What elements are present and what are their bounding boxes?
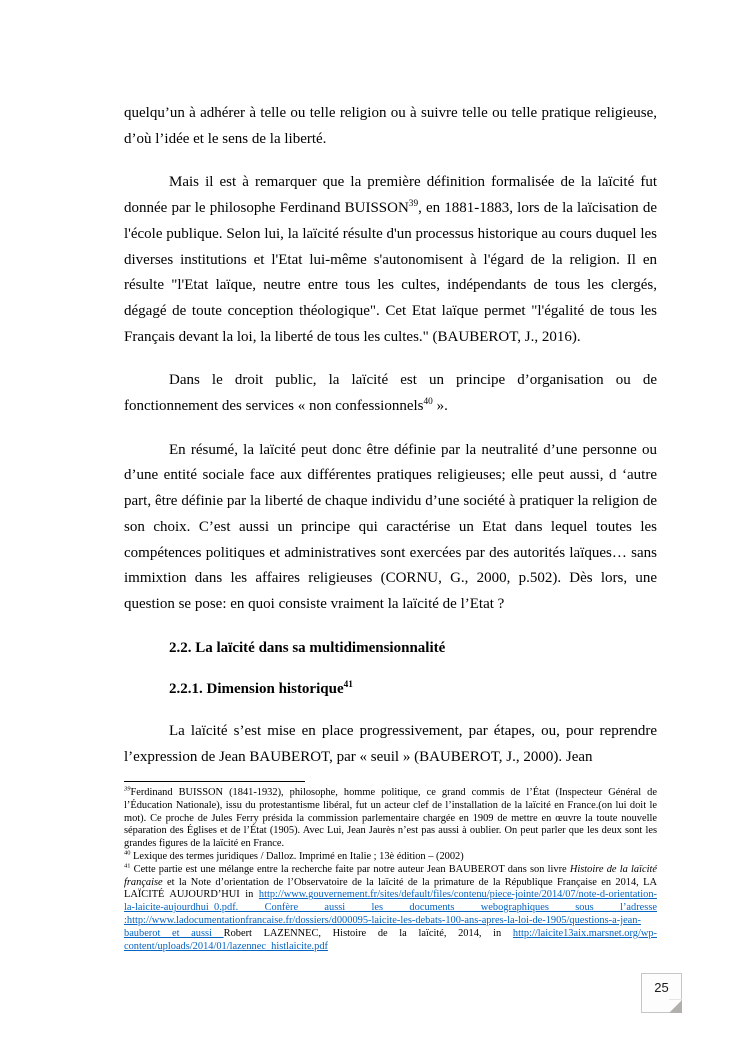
page-corner-fold-icon: [669, 1000, 682, 1013]
text-run: 2.2. La laïcité dans sa multidimensionna…: [169, 640, 445, 656]
footnote-area: 39Ferdinand BUISSON (1841-1932), philoso…: [124, 781, 657, 953]
footnote-40: 40 Lexique des termes juridiques / Dallo…: [124, 851, 657, 864]
paragraph-laicite-progressive: La laïcité s’est mise en place progressi…: [124, 719, 657, 770]
text-run: Lexique des termes juridiques / Dalloz. …: [130, 851, 463, 862]
body-text-column: quelqu’un à adhérer à telle ou telle rel…: [124, 101, 657, 788]
document-page: quelqu’un à adhérer à telle ou telle rel…: [0, 0, 745, 1053]
text-run: Robert LAZENNEC, Histoire de la laïcité,…: [224, 928, 513, 939]
footnote-41: 41 Cette partie est une mélange entre la…: [124, 864, 657, 954]
text-run: Cette partie est une mélange entre la re…: [130, 864, 569, 875]
text-run: quelqu’un à adhérer à telle ou telle rel…: [124, 105, 657, 147]
footnote-separator-rule: [124, 781, 305, 782]
text-run: 2.2.1. Dimension historique: [169, 681, 344, 697]
footnote-reference-marker: 39: [409, 199, 418, 209]
paragraph-continuation: quelqu’un à adhérer à telle ou telle rel…: [124, 101, 657, 152]
text-run: En résumé, la laïcité peut donc être déf…: [124, 442, 657, 612]
page-number-box: 25: [641, 973, 682, 1013]
text-run: Dans le droit public, la laïcité est un …: [124, 372, 657, 414]
footnote-reference-marker: 41: [344, 680, 353, 690]
heading-2-2: 2.2. La laïcité dans sa multidimensionna…: [124, 636, 657, 662]
page-number: 25: [642, 980, 681, 995]
text-run: ».: [433, 398, 448, 414]
footnote-reference-marker: 40: [424, 397, 433, 407]
text-run: Ferdinand BUISSON (1841-1932), philosoph…: [124, 787, 657, 849]
footnotes-list: 39Ferdinand BUISSON (1841-1932), philoso…: [124, 787, 657, 953]
footnote-39: 39Ferdinand BUISSON (1841-1932), philoso…: [124, 787, 657, 851]
paragraph-droit-public: Dans le droit public, la laïcité est un …: [124, 368, 657, 419]
heading-2-2-1: 2.2.1. Dimension historique41: [124, 677, 657, 703]
paragraph-en-resume: En résumé, la laïcité peut donc être déf…: [124, 438, 657, 618]
paragraph-buisson-definition: Mais il est à remarquer que la première …: [124, 170, 657, 350]
text-run: , en 1881-1883, lors de la laïcisation d…: [124, 200, 657, 345]
text-run: La laïcité s’est mise en place progressi…: [124, 723, 657, 765]
